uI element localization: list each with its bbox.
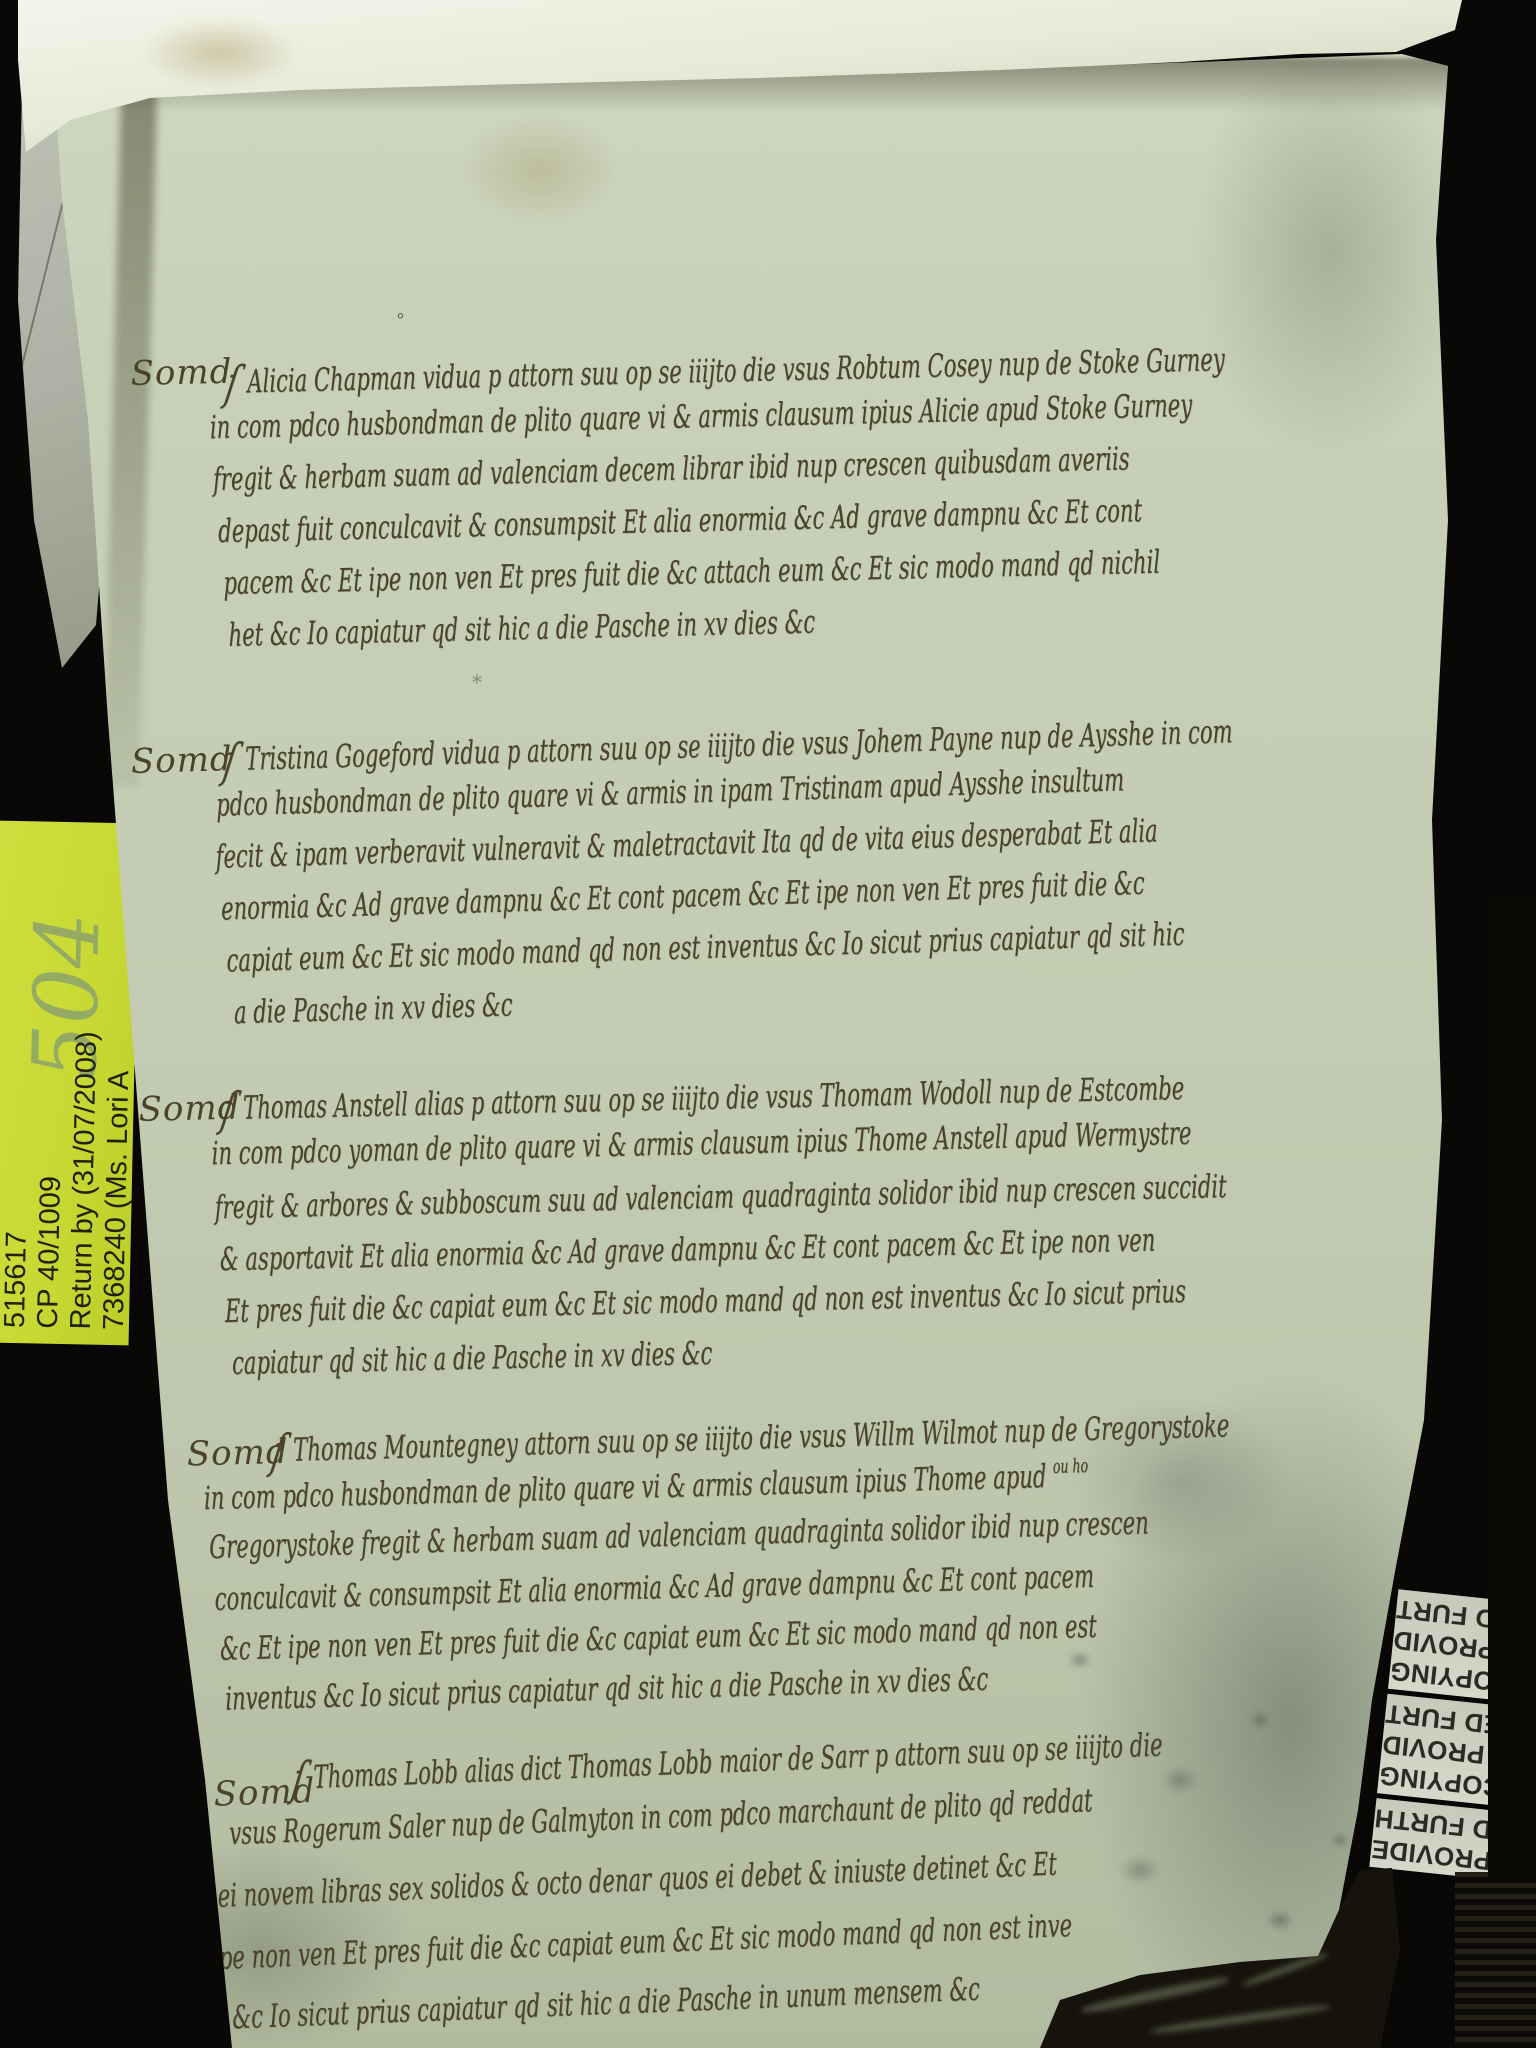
entry-line: enormia &c Ad grave dampnu &c Et cont pa…	[220, 864, 1145, 928]
entry-line: fregit & herbam suam ad valenciam decem …	[213, 439, 1130, 498]
county-margin-note: Somd	[130, 739, 233, 782]
small-ink-mark: °	[396, 310, 405, 331]
parchment-page: ° ⁎ Somd ſAlicia Chapman vidua p attorn …	[0, 0, 1536, 2048]
small-ink-mark: ⁎	[472, 664, 482, 688]
entry-line: fregit & arbores & subboscum suu ad vale…	[214, 1167, 1227, 1226]
entry-line: het &c Io capiatur qd sit hic a die Pasc…	[228, 603, 815, 654]
note-printed-text: 515617 CP 40/1009 Return by (31/07/2008)…	[0, 1030, 137, 1331]
plea-roll-entry: Somd ſThomas Mountegney attorn suu op se…	[130, 1388, 1490, 1424]
entry-line: Et pres fuit die &c capiat eum &c Et sic…	[225, 1272, 1187, 1330]
entry-line: &c Et ipe non ven Et pres fuit die &c ca…	[219, 1607, 1097, 1668]
entry-line: conculcavit & consumpsit Et alia enormia…	[214, 1557, 1094, 1618]
manuscript-photo: W US TO PROVIDE YOU NEED FURTH FOR COPYI…	[0, 0, 1536, 2048]
plea-roll-entry: Somd ſThomas Anstell alias p attorn suu …	[130, 1050, 1490, 1078]
entry-line: ei novem libras sex solidos & octo denar…	[217, 1845, 1058, 1915]
plea-roll-entry: Somd ſTristina Gogeford vidua p attorn s…	[130, 692, 1489, 730]
entry-line: capiatur qd sit hic a die Pasche in xv d…	[232, 1334, 713, 1382]
book-fore-edge	[1455, 1872, 1536, 2048]
entry-line: capiat eum &c Et sic modo mand qd non es…	[226, 915, 1185, 980]
entry-line: depast fuit conculcavit & consumpsit Et …	[218, 491, 1143, 550]
entry-line: &c Io sicut prius capiatur qd sit hic a …	[232, 1970, 981, 2037]
entry-line: inventus &c Io sicut prius capiatur qd s…	[225, 1660, 989, 1718]
county-margin-note: Somd	[130, 352, 233, 394]
interlinear-insertion: ou ho	[1052, 1455, 1088, 1478]
left-seam-stain	[103, 88, 157, 789]
note-line-order-number: 7368240 (Ms. Lori A	[98, 1032, 137, 1331]
foxing-stain	[140, 18, 300, 88]
book-fore-edge-shadow	[1488, 900, 1536, 1880]
entry-line: ipe non ven Et pres fuit die &c capiat e…	[211, 1906, 1072, 1977]
entry-line: fecit & ipam verberavit vulneravit & mal…	[215, 811, 1158, 875]
entry-line: & asportavit Et alia enormia &c Ad grave…	[219, 1221, 1155, 1279]
entry-line: pacem &c Et ipe non ven Et pres fuit die…	[223, 543, 1161, 602]
archive-sticky-note: 504 515617 CP 40/1009 Return by (31/07/2…	[0, 821, 139, 1346]
entry-line: a die Pasche in xv dies &c	[233, 985, 513, 1031]
plea-roll-entry: Somd ſAlicia Chapman vidua p attorn suu …	[130, 317, 1490, 348]
